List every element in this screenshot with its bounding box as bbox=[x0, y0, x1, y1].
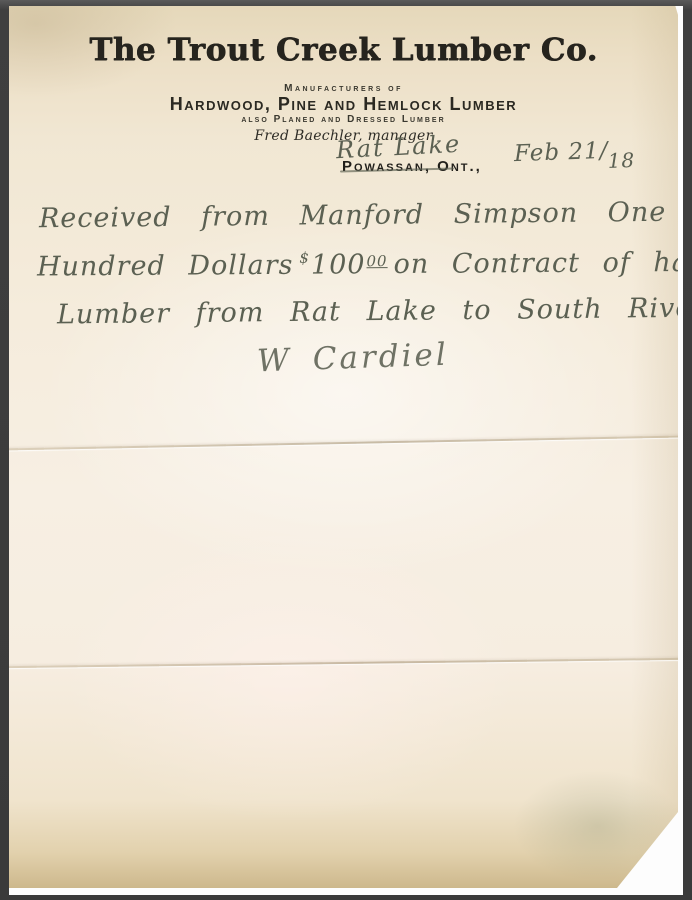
fold-crease-upper bbox=[3, 435, 684, 450]
amount-cents: 00 bbox=[366, 252, 387, 270]
signature: W Cardiel bbox=[256, 337, 449, 380]
dollar-sign: $ bbox=[299, 249, 310, 267]
fold-crease-lower bbox=[3, 658, 684, 668]
products-line: Hardwood, Pine and Hemlock Lumber bbox=[9, 94, 678, 115]
receipt-line-3: Lumber from Rat Lake to South River bbox=[57, 293, 692, 331]
scan-frame: The Trout Creek Lumber Co. Manufacturers… bbox=[0, 0, 692, 900]
handwritten-date: Feb 21/18 bbox=[514, 137, 636, 167]
products-subline: also Planed and Dressed Lumber bbox=[9, 114, 678, 125]
receipt-line-2: Hundred Dollars$10000on Contract of haul… bbox=[37, 245, 692, 282]
date-prefix: Feb 21/ bbox=[514, 138, 609, 167]
amount: $10000 bbox=[299, 249, 387, 281]
company-name: The Trout Creek Lumber Co. bbox=[9, 32, 678, 68]
date-year: 18 bbox=[607, 148, 635, 173]
printed-place: Powassan, Ont., bbox=[342, 158, 482, 175]
receipt-line-2-start: Hundred Dollars bbox=[37, 250, 294, 283]
amount-value: 100 bbox=[311, 249, 366, 280]
manufacturers-line: Manufacturers of bbox=[9, 83, 678, 94]
scanner-backing: The Trout Creek Lumber Co. Manufacturers… bbox=[9, 6, 683, 895]
letter-page: The Trout Creek Lumber Co. Manufacturers… bbox=[9, 6, 678, 888]
receipt-line-1: Received from Manford Simpson One bbox=[39, 197, 667, 235]
receipt-line-2-end: on Contract of hauling bbox=[393, 246, 692, 280]
